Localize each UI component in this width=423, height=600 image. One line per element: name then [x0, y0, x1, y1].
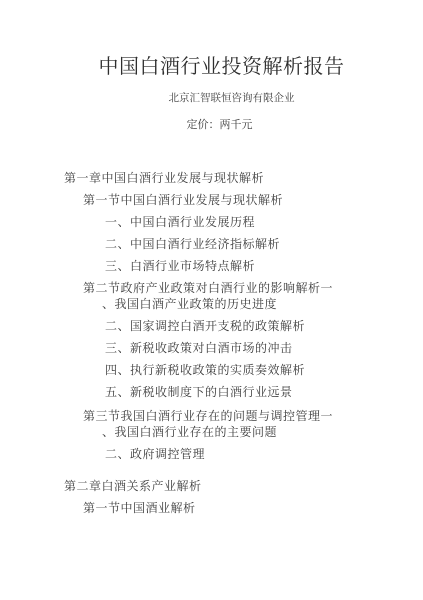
- toc-section-1-2: 第二节政府产业政策对白酒行业的影响解析一: [83, 280, 423, 296]
- price-line: 定价：两千元: [8, 118, 423, 132]
- document-page: 中国白酒行业投资解析报告 北京汇智联恒咨询有限企业 定价：两千元 第一章中国白酒…: [0, 0, 423, 600]
- toc-item-1-2-2: 二、国家调控白酒开支税的政策解析: [105, 318, 423, 334]
- table-of-contents: 第一章中国白酒行业发展与现状解析 第一节中国白酒行业发展与现状解析 一、中国白酒…: [0, 170, 423, 516]
- toc-item-1-2-5: 五、新税收制度下的白酒行业远景: [105, 384, 423, 400]
- toc-section-1-2-cont: 、我国白酒产业政策的历史进度: [102, 296, 423, 312]
- toc-item-1-3-2: 二、政府调控管理: [105, 446, 423, 462]
- toc-section-1-3: 第三节我国白酒行业存在的问题与调控管理一: [83, 408, 423, 424]
- toc-item-1-1-1: 一、中国白酒行业发展历程: [105, 214, 423, 230]
- toc-item-1-2-3: 三、新税收政策对白酒市场的冲击: [105, 340, 423, 356]
- toc-section-2-1: 第一节中国酒业解析: [83, 500, 423, 516]
- toc-item-1-1-2: 二、中国白酒行业经济指标解析: [105, 236, 423, 252]
- toc-chapter-1: 第一章中国白酒行业发展与现状解析: [64, 170, 423, 186]
- toc-section-1-3-cont: 、我国白酒行业存在的主要问题: [102, 424, 423, 440]
- publisher-line: 北京汇智联恒咨询有限企业: [20, 92, 423, 106]
- toc-item-1-1-3: 三、白酒行业市场特点解析: [105, 258, 423, 274]
- toc-chapter-2: 第二章白酒关系产业解析: [64, 478, 423, 494]
- toc-section-1-1: 第一节中国白酒行业发展与现状解析: [83, 192, 423, 208]
- toc-item-1-2-4: 四、执行新税收政策的实质奏效解析: [105, 362, 423, 378]
- report-title: 中国白酒行业投资解析报告: [10, 0, 423, 79]
